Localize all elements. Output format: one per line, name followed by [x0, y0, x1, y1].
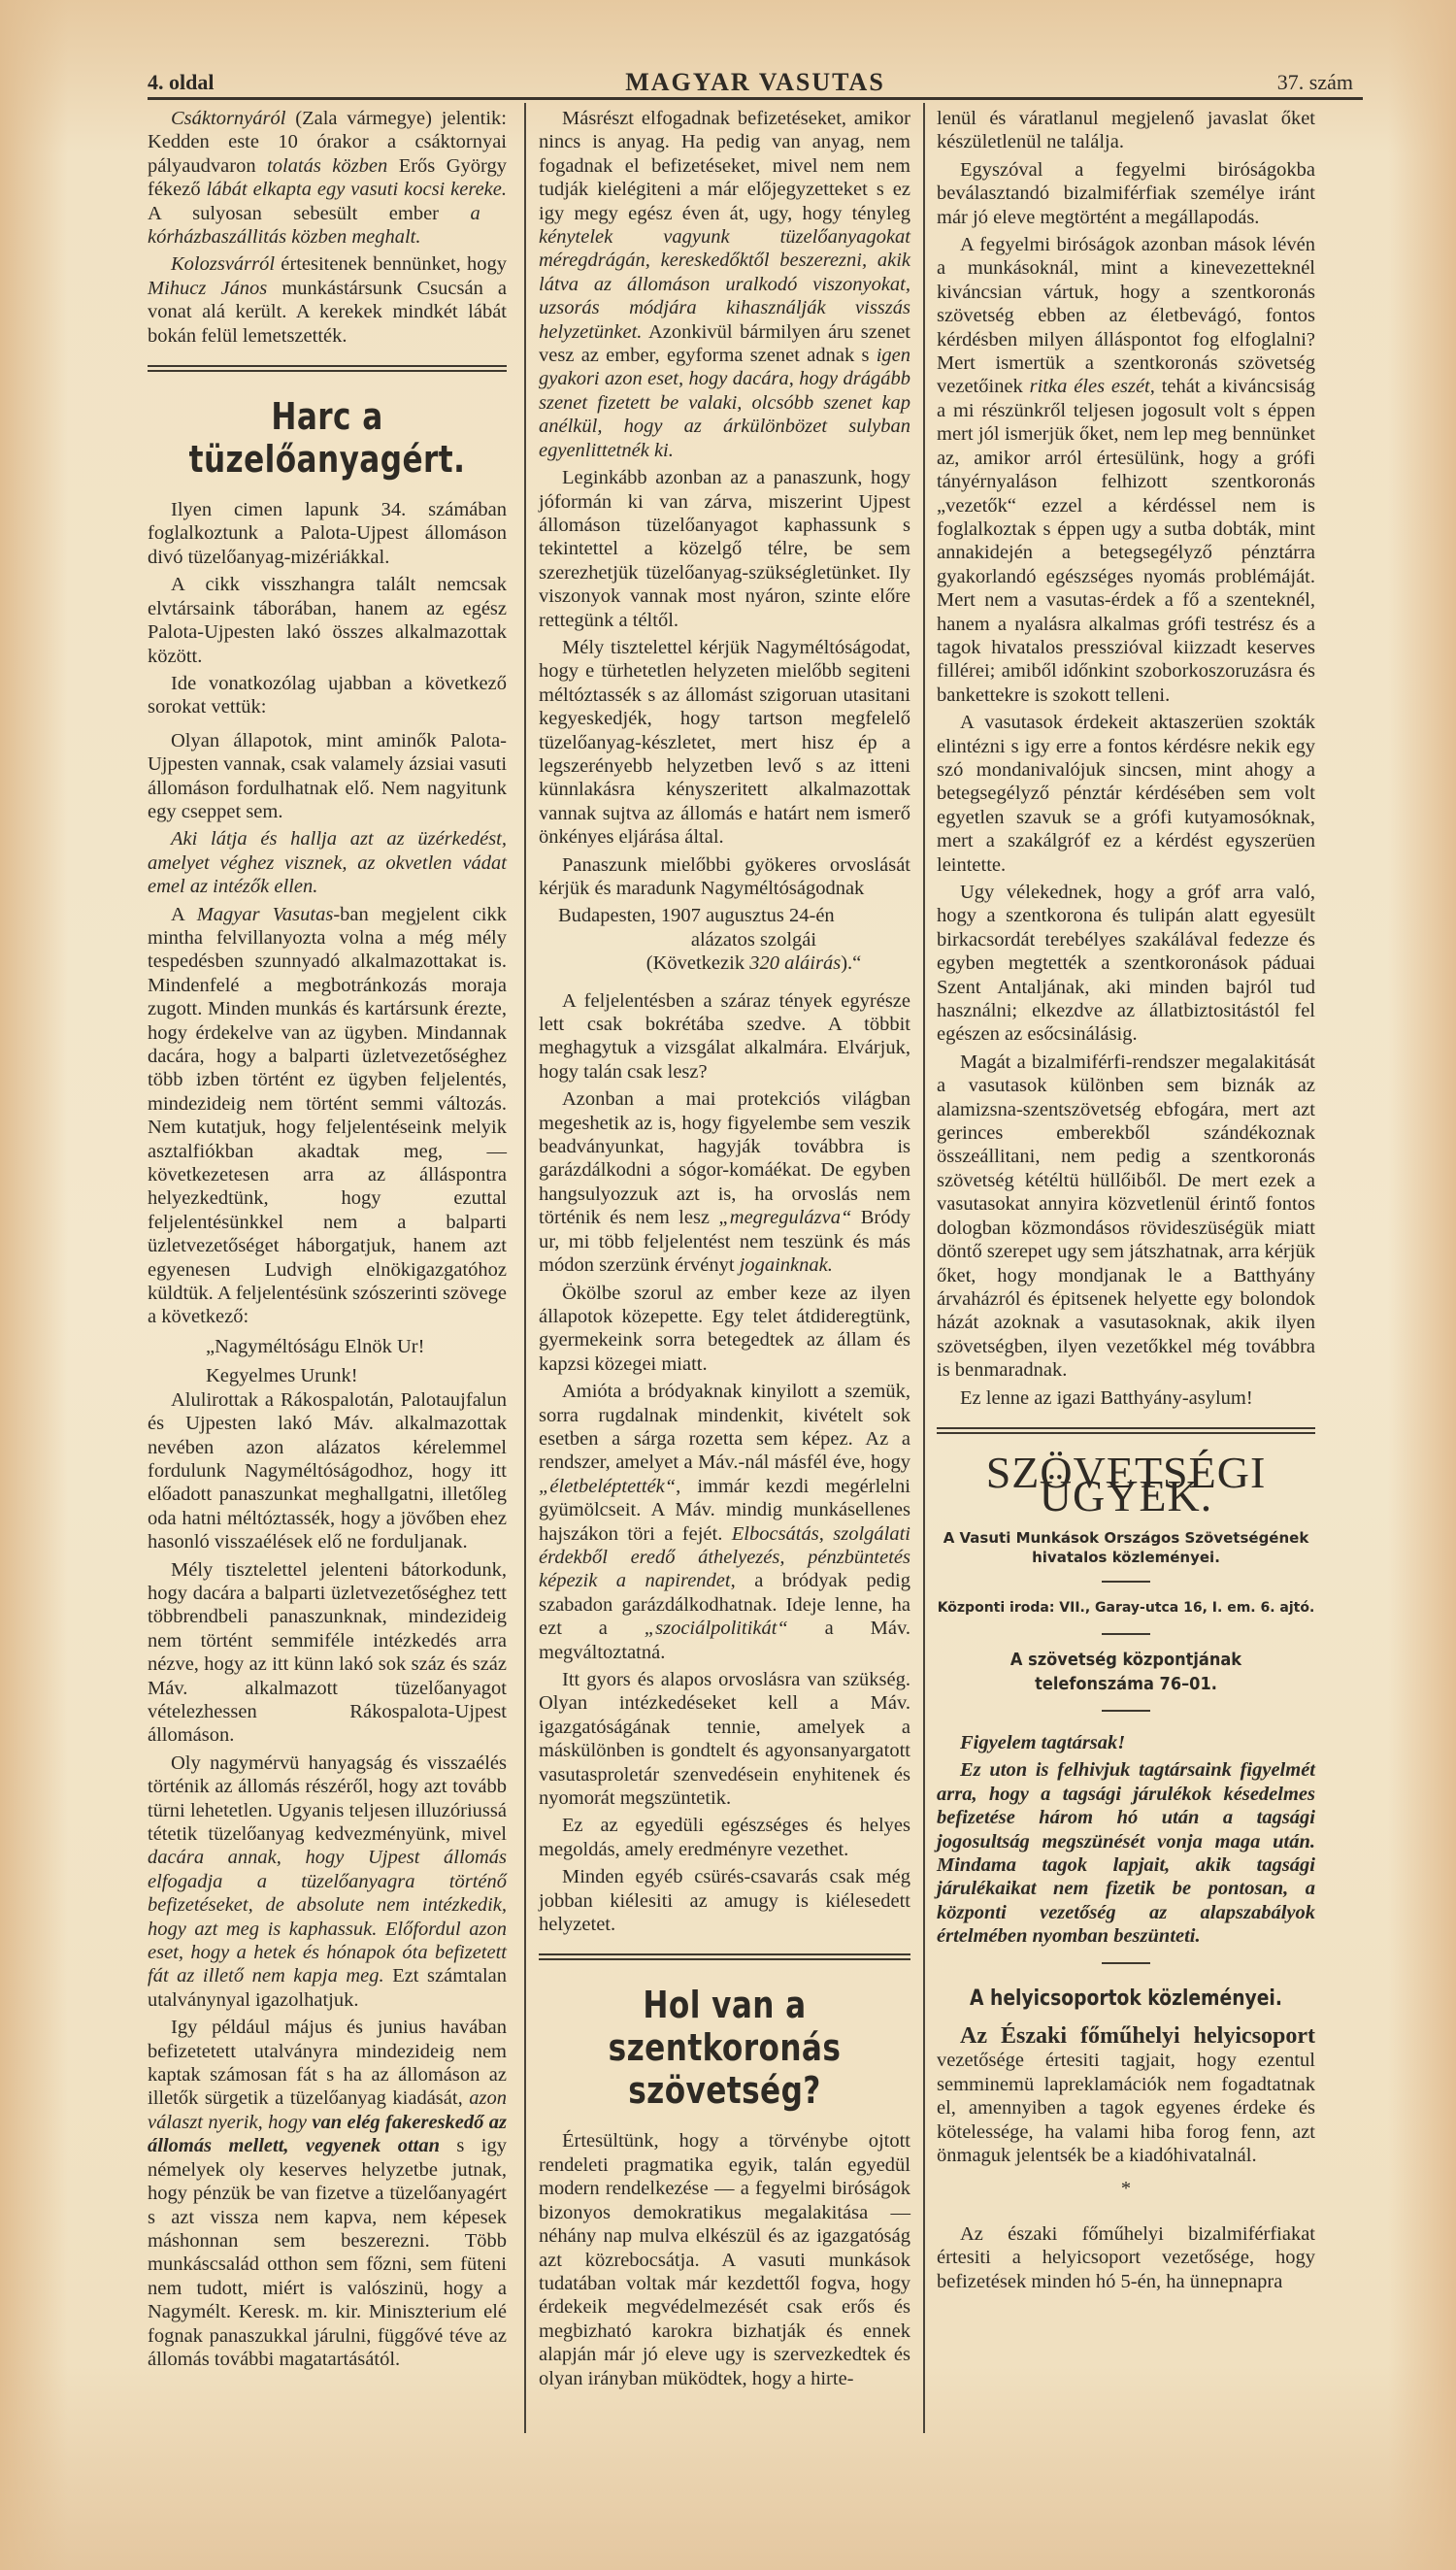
paragraph: Ökölbe szorul az ember keze az ilyen áll… [539, 1282, 910, 1377]
notice-text: Ez uton is felhivjuk tagtársaink figyelm… [937, 1758, 1315, 1948]
column-3: lenül és váratlanul megjelenő javaslat ő… [937, 107, 1315, 2297]
paragraph: Ez lenne az igazi Batthyány-asylum! [937, 1386, 1315, 1410]
section-title: SZÖVETSÉGI ÜGYEK. [937, 1461, 1315, 1509]
article-headline: Hol van a szentkoronás szövetség? [572, 1984, 877, 2112]
office-address: Központi iroda: VII., Garay-utca 16, I. … [937, 1596, 1315, 1619]
paragraph: Magát a bizalmiférfi-rendszer megalakitá… [937, 1051, 1315, 1383]
asterisk-separator: * [937, 2177, 1315, 2200]
paragraph: Oly nagymérvü hanyagság és visszaélés tö… [148, 1752, 507, 2012]
column-2: Másrészt elfogadnak befizetéseket, amiko… [539, 107, 910, 2394]
paragraph: Ilyen cimen lapunk 34. számában foglalko… [148, 498, 507, 569]
paragraph: A Magyar Vasutas-ban megjelent cikk mint… [148, 903, 507, 1329]
paragraph: Másrészt elfogadnak befizetéseket, amiko… [539, 107, 910, 462]
paragraph: Az Északi főműhelyi helyicsoport vezetős… [937, 2024, 1315, 2167]
section-subtitle: A Vasuti Munkások Országos Szövetségének… [937, 1528, 1315, 1567]
phone-notice: A szövetség központjának telefonszáma 76… [956, 1649, 1297, 1696]
paragraph: Aki látja és hallja azt az üzérkedést, a… [148, 827, 507, 898]
letter-date: Budapesten, 1907 augusztus 24-én [539, 904, 910, 927]
divider [1102, 1633, 1150, 1635]
subsection-title: A helyicsoportok közleményei. [965, 1987, 1287, 2011]
paragraph: A cikk visszhangra talált nemcsak elvtár… [148, 573, 507, 668]
paragraph: Amióta a bródyaknak kinyilott a szemük, … [539, 1380, 910, 1664]
paragraph: Az északi főműhelyi bizalmiférfiakat ért… [937, 2222, 1315, 2293]
column-divider [923, 103, 925, 2433]
divider [1102, 1962, 1150, 1964]
news-item: Kolozsvárról értesitenek bennünket, hogy… [148, 252, 507, 348]
section-divider [148, 365, 507, 372]
page-edge-shadow-right [1388, 0, 1456, 2570]
paragraph: Ide vonatkozólag ujabban a következő sor… [148, 672, 507, 719]
issue-number: 37. szám [1277, 70, 1353, 95]
column-divider [524, 103, 526, 2433]
section-divider [937, 1427, 1315, 1434]
paragraph: Panaszunk mielőbbi gyökeres orvoslását k… [539, 853, 910, 901]
paragraph: Egyszóval a fegyelmi biróságokba beválas… [937, 158, 1315, 229]
letter-signature-count: (Következik 320 aláirás).“ [539, 951, 910, 975]
paragraph: Ugy vélekednek, hogy a gróf arra való, h… [937, 881, 1315, 1047]
paragraph: Itt gyors és alapos orvoslásra van szüks… [539, 1668, 910, 1810]
column-1: Csáktornyáról (Zala vármegye) jelentik: … [148, 107, 507, 2375]
page-header: 4. oldal MAGYAR VASUTAS 37. szám [148, 64, 1363, 100]
letter-salutation: Kegyelmes Urunk! [148, 1364, 507, 1387]
letter-salutation: „Nagyméltóságu Elnök Ur! [148, 1335, 507, 1358]
paragraph: Igy például május és junius havában befi… [148, 2016, 507, 2371]
paragraph: Alulirottak a Rákospalotán, Palotaujfalu… [148, 1388, 507, 1554]
paragraph: Mély tisztelettel kérjük Nagyméltóságoda… [539, 636, 910, 850]
paragraph: Azonban a mai protekciós világban megesh… [539, 1087, 910, 1277]
divider [1102, 1710, 1150, 1712]
paragraph: Ez az egyedüli egészséges és helyes mego… [539, 1814, 910, 1861]
paragraph: Minden egyéb csürés-csavarás csak még jo… [539, 1865, 910, 1936]
paragraph: A vasutasok érdekeit aktaszerüen szokták… [937, 711, 1315, 877]
divider [1102, 1581, 1150, 1583]
paragraph: Olyan állapotok, mint aminők Palota-Ujpe… [148, 729, 507, 824]
paragraph: Leginkább azonban az a panaszunk, hogy j… [539, 466, 910, 632]
article-headline: Harc a tüzelőanyagért. [180, 395, 474, 481]
paragraph: lenül és váratlanul megjelenő javaslat ő… [937, 107, 1315, 154]
paragraph: A feljelentésben a száraz tények egyrész… [539, 989, 910, 1085]
section-divider [539, 1953, 910, 1960]
notice-title: Figyelem tagtársak! [937, 1731, 1315, 1754]
page-edge-shadow-left [0, 0, 68, 2570]
masthead: MAGYAR VASUTAS [148, 68, 1363, 97]
paragraph: A fegyelmi biróságok azonban mások lévén… [937, 233, 1315, 707]
paragraph: Értesültünk, hogy a törvénybe ojtott ren… [539, 2129, 910, 2389]
letter-signature: alázatos szolgái [539, 928, 910, 951]
news-item: Csáktornyáról (Zala vármegye) jelentik: … [148, 107, 507, 249]
paragraph: Mély tisztelettel jelenteni bátorkodunk,… [148, 1558, 507, 1748]
